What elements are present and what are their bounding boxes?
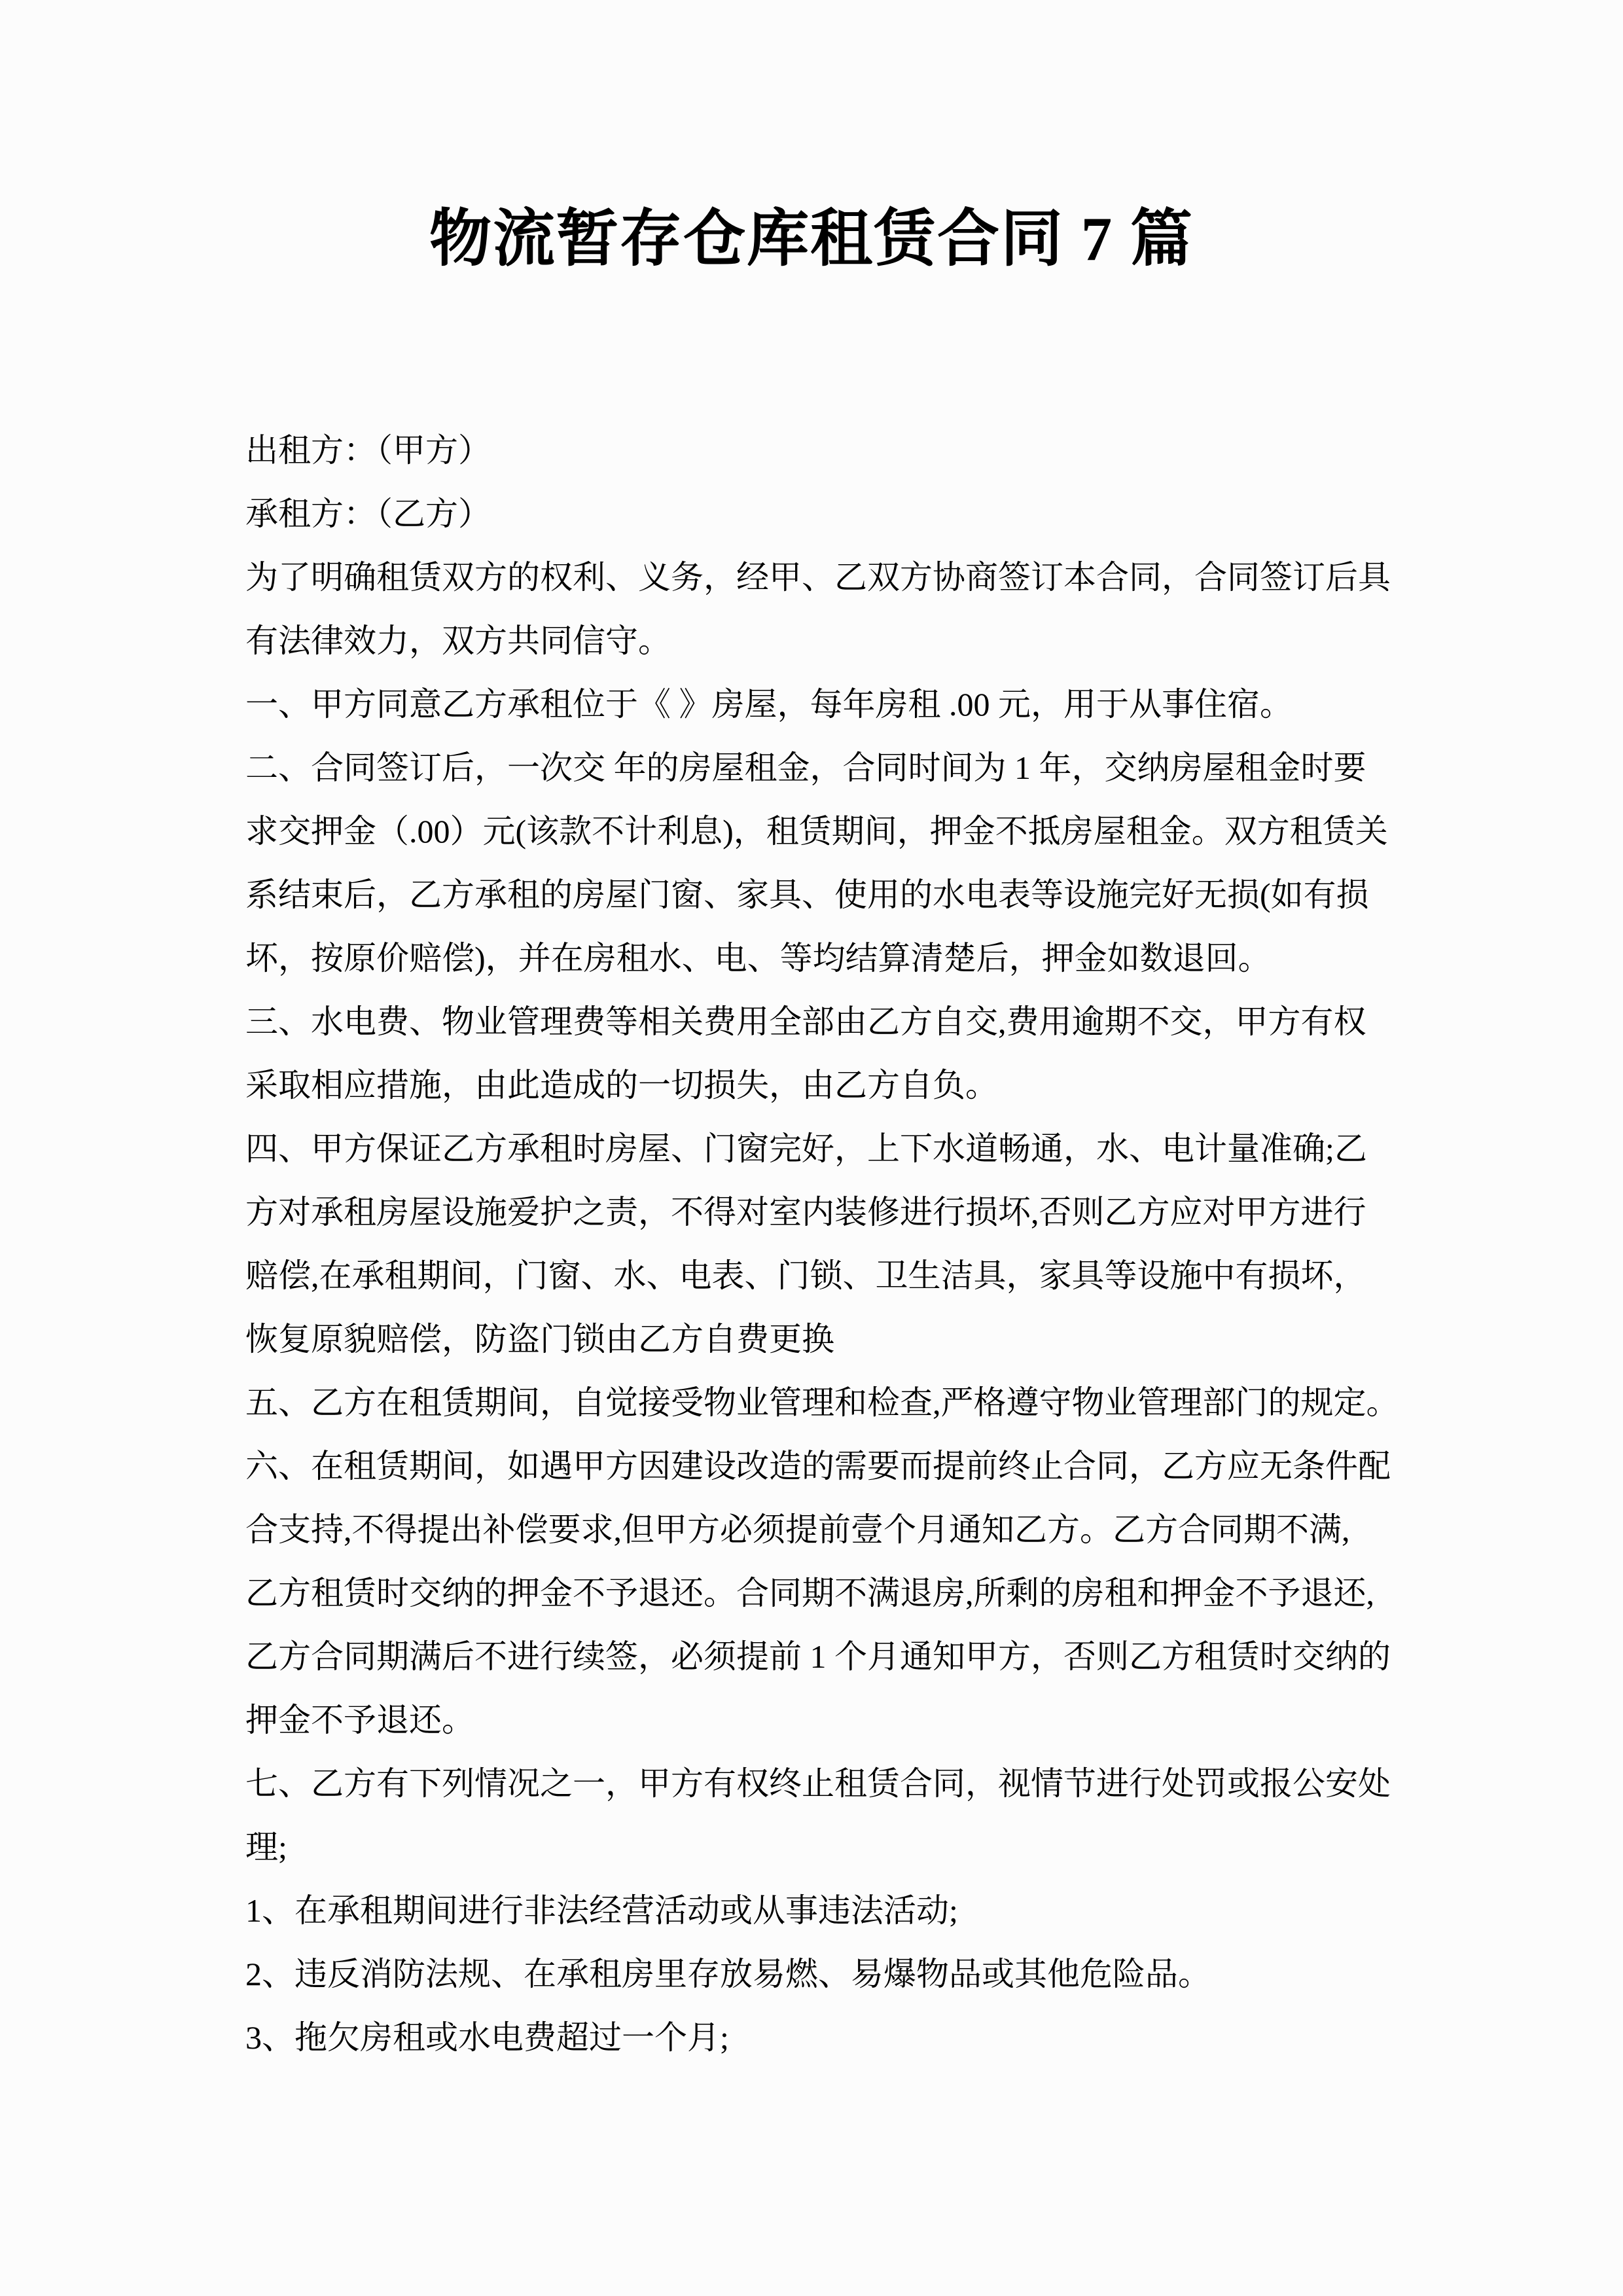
text-line: 乙方合同期满后不进行续签，必须提前 1 个月通知甲方，否则乙方租赁时交纳的 xyxy=(245,1625,1423,1689)
text-line: 1、在承租期间进行非法经营活动或从事违法活动; xyxy=(245,1879,1423,1943)
text-line: 系结束后，乙方承租的房屋门窗、家具、使用的水电表等设施完好无损(如有损 xyxy=(245,863,1423,927)
text-line: 五、乙方在租赁期间，自觉接受物业管理和检查,严格遵守物业管理部门的规定。 xyxy=(245,1371,1423,1435)
text-line: 有法律效力，双方共同信守。 xyxy=(245,609,1423,673)
document-title: 物流暂存仓库租赁合同 7 篇 xyxy=(0,0,1623,270)
text-line: 出租方：（甲方） xyxy=(245,419,1423,482)
text-line: 恢复原貌赔偿，防盗门锁由乙方自费更换 xyxy=(245,1308,1423,1371)
text-line: 赔偿,在承租期间，门窗、水、电表、门锁、卫生洁具，家具等设施中有损坏， xyxy=(245,1244,1423,1308)
text-line: 为了明确租赁双方的权利、义务，经甲、乙双方协商签订本合同，合同签订后具 xyxy=(245,546,1423,609)
text-line: 一、甲方同意乙方承租位于《 》房屋，每年房租 .00 元，用于从事住宿。 xyxy=(245,673,1423,736)
text-line: 乙方租赁时交纳的押金不予退还。合同期不满退房,所剩的房租和押金不予退还, xyxy=(245,1562,1423,1625)
text-line: 二、合同签订后，一次交 年的房屋租金，合同时间为 1 年，交纳房屋租金时要 xyxy=(245,736,1423,800)
text-line: 3、拖欠房租或水电费超过一个月; xyxy=(245,2006,1423,2070)
text-line: 六、在租赁期间，如遇甲方因建设改造的需要而提前终止合同，乙方应无条件配 xyxy=(245,1435,1423,1498)
text-line: 三、水电费、物业管理费等相关费用全部由乙方自交,费用逾期不交，甲方有权 xyxy=(245,990,1423,1054)
text-line: 方对承租房屋设施爱护之责，不得对室内装修进行损坏,否则乙方应对甲方进行 xyxy=(245,1181,1423,1244)
text-line: 理; xyxy=(245,1816,1423,1879)
text-line: 承租方：（乙方） xyxy=(245,482,1423,546)
text-line: 合支持,不得提出补偿要求,但甲方必须提前壹个月通知乙方。乙方合同期不满, xyxy=(245,1498,1423,1562)
text-line: 采取相应措施，由此造成的一切损失，由乙方自负。 xyxy=(245,1054,1423,1117)
text-line: 坏，按原价赔偿)，并在房租水、电、等均结算清楚后，押金如数退回。 xyxy=(245,927,1423,990)
document-body: 出租方：（甲方） 承租方：（乙方） 为了明确租赁双方的权利、义务，经甲、乙双方协… xyxy=(245,419,1423,2070)
text-line: 押金不予退还。 xyxy=(245,1689,1423,1752)
text-line: 求交押金（.00）元(该款不计利息)，租赁期间，押金不抵房屋租金。双方租赁关 xyxy=(245,800,1423,863)
document-page: 物流暂存仓库租赁合同 7 篇 出租方：（甲方） 承租方：（乙方） 为了明确租赁双… xyxy=(0,0,1623,2296)
text-line: 2、违反消防法规、在承租房里存放易燃、易爆物品或其他危险品。 xyxy=(245,1943,1423,2006)
text-line: 七、乙方有下列情况之一，甲方有权终止租赁合同，视情节进行处罚或报公安处 xyxy=(245,1752,1423,1816)
text-line: 四、甲方保证乙方承租时房屋、门窗完好，上下水道畅通，水、电计量准确;乙 xyxy=(245,1117,1423,1181)
